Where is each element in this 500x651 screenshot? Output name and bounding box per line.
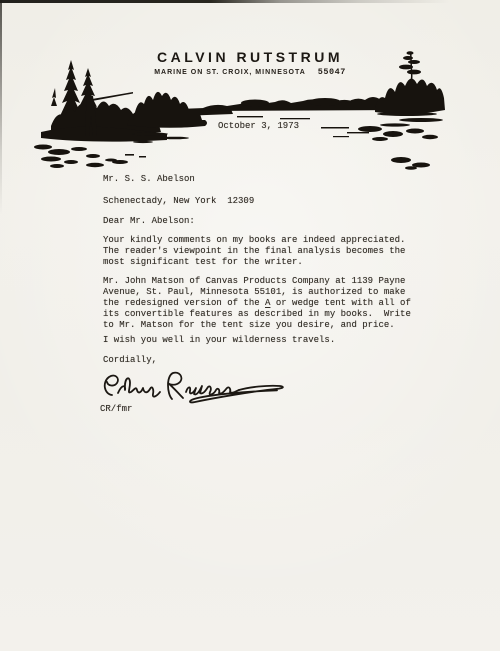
letter-document: CALVIN RUTSTRUM MARINE ON ST. CROIX, MIN… xyxy=(0,0,500,651)
date-line: October 3, 1973 xyxy=(218,121,299,132)
body-paragraph-3: I wish you well in your wilderness trave… xyxy=(103,335,335,346)
body-paragraph-1: Your kindly comments on my books are ind… xyxy=(103,235,405,268)
scan-edge-left-artifact xyxy=(0,0,2,215)
lake-pines-illustration xyxy=(25,48,475,170)
scan-edge-top-artifact xyxy=(0,0,500,3)
recipient-city: Schenectady, New York 12309 xyxy=(103,196,254,207)
reference-initials: CR/fmr xyxy=(100,404,132,415)
salutation: Dear Mr. Abelson: xyxy=(103,216,195,227)
body-paragraph-2: Mr. John Matson of Canvas Products Compa… xyxy=(103,276,411,331)
recipient-name: Mr. S. S. Abelson xyxy=(103,174,195,185)
